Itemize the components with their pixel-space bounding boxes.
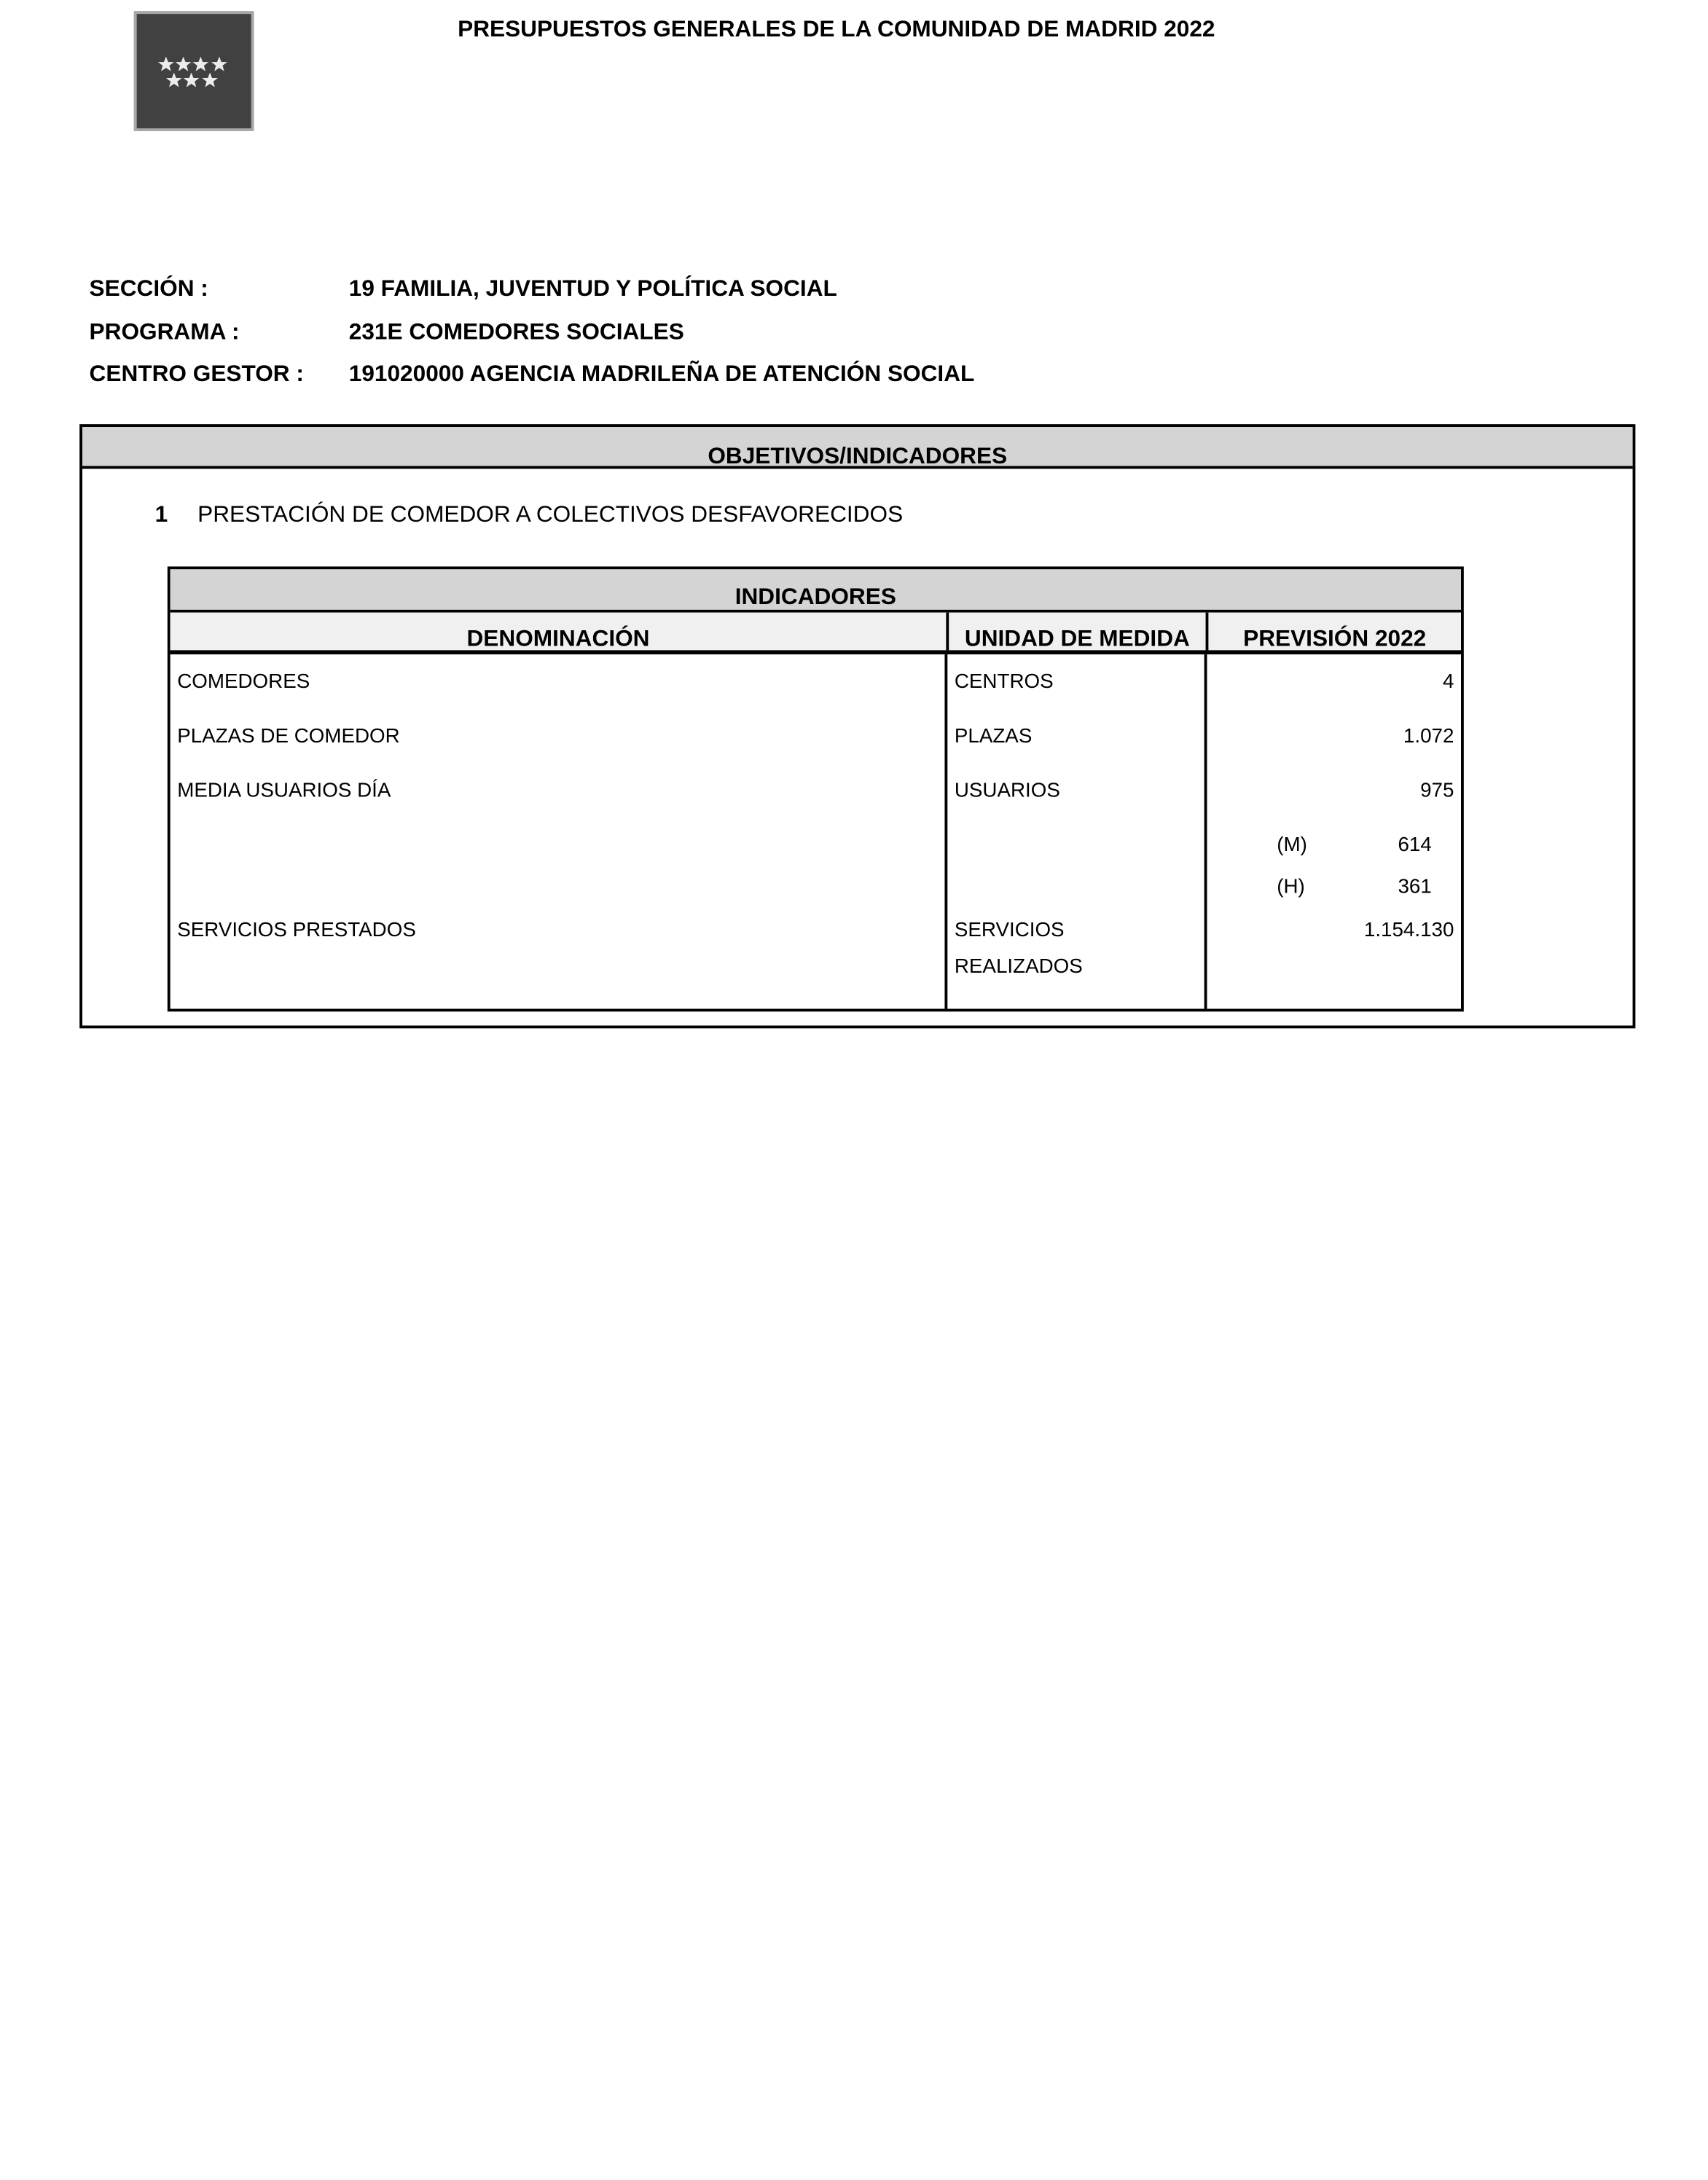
budget-page: PRESUPUESTOS GENERALES DE LA COMUNIDAD D… (0, 0, 1708, 2179)
objetivos-heading: OBJETIVOS/INDICADORES (82, 427, 1633, 468)
document-title: PRESUPUESTOS GENERALES DE LA COMUNIDAD D… (458, 17, 1215, 43)
indicadores-table: INDICADORES DENOMINACIÓN UNIDAD DE MEDID… (168, 566, 1464, 1011)
row-comedores-denominacion: COMEDORES (177, 671, 310, 694)
seccion-label: SECCIÓN : (90, 276, 208, 302)
column-header-unidad: UNIDAD DE MEDIDA (946, 613, 1205, 651)
objective-item: 1 PRESTACIÓN DE COMEDOR A COLECTIVOS DES… (155, 502, 904, 528)
row-servicios-unidad: SERVICIOS (955, 920, 1065, 942)
row-servicios-denominacion: SERVICIOS PRESTADOS (177, 920, 416, 942)
programa-value: 231E COMEDORES SOCIALES (349, 320, 684, 346)
indicadores-column-headers: DENOMINACIÓN UNIDAD DE MEDIDA PREVISIÓN … (171, 613, 1461, 654)
meta-seccion: SECCIÓN : 19 FAMILIA, JUVENTUD Y POLÍTIC… (90, 276, 1346, 304)
row-comedores-prevision: 4 (1443, 671, 1454, 694)
comunidad-madrid-logo (134, 11, 254, 131)
column-divider (1204, 654, 1207, 1008)
column-header-denominacion: DENOMINACIÓN (171, 613, 947, 651)
column-header-prevision: PREVISIÓN 2022 (1206, 613, 1461, 651)
row-plazas-denominacion: PLAZAS DE COMEDOR (177, 726, 400, 748)
breakdown-mujeres-label: (M) (1277, 834, 1307, 857)
meta-programa: PROGRAMA : 231E COMEDORES SOCIALES (90, 320, 1346, 348)
row-media-usuarios-denominacion: MEDIA USUARIOS DÍA (177, 780, 391, 802)
row-servicios-unidad-line2: REALIZADOS (955, 956, 1083, 979)
objective-number: 1 (155, 502, 192, 528)
breakdown-hombres-label: (H) (1277, 877, 1305, 899)
objective-text: PRESTACIÓN DE COMEDOR A COLECTIVOS DESFA… (197, 502, 903, 527)
breakdown-hombres-value: 361 (1398, 877, 1431, 899)
row-plazas-unidad: PLAZAS (955, 726, 1032, 748)
programa-label: PROGRAMA : (90, 320, 240, 346)
row-comedores-unidad: CENTROS (955, 671, 1054, 694)
seccion-value: 19 FAMILIA, JUVENTUD Y POLÍTICA SOCIAL (349, 276, 837, 302)
row-media-usuarios-unidad: USUARIOS (955, 780, 1060, 802)
row-plazas-prevision: 1.072 (1403, 726, 1454, 748)
centro-gestor-label: CENTRO GESTOR : (90, 361, 304, 388)
row-servicios-prevision: 1.154.130 (1364, 920, 1454, 942)
row-media-usuarios-prevision: 975 (1420, 780, 1454, 802)
column-divider (944, 654, 947, 1008)
breakdown-mujeres-value: 614 (1398, 834, 1431, 857)
seven-stars-icon (137, 14, 251, 128)
centro-gestor-value: 191020000 AGENCIA MADRILEÑA DE ATENCIÓN … (349, 361, 975, 388)
meta-centro-gestor: CENTRO GESTOR : 191020000 AGENCIA MADRIL… (90, 361, 1346, 389)
objetivos-indicadores-section: OBJETIVOS/INDICADORES 1 PRESTACIÓN DE CO… (79, 424, 1635, 1028)
indicadores-title: INDICADORES (171, 569, 1461, 612)
